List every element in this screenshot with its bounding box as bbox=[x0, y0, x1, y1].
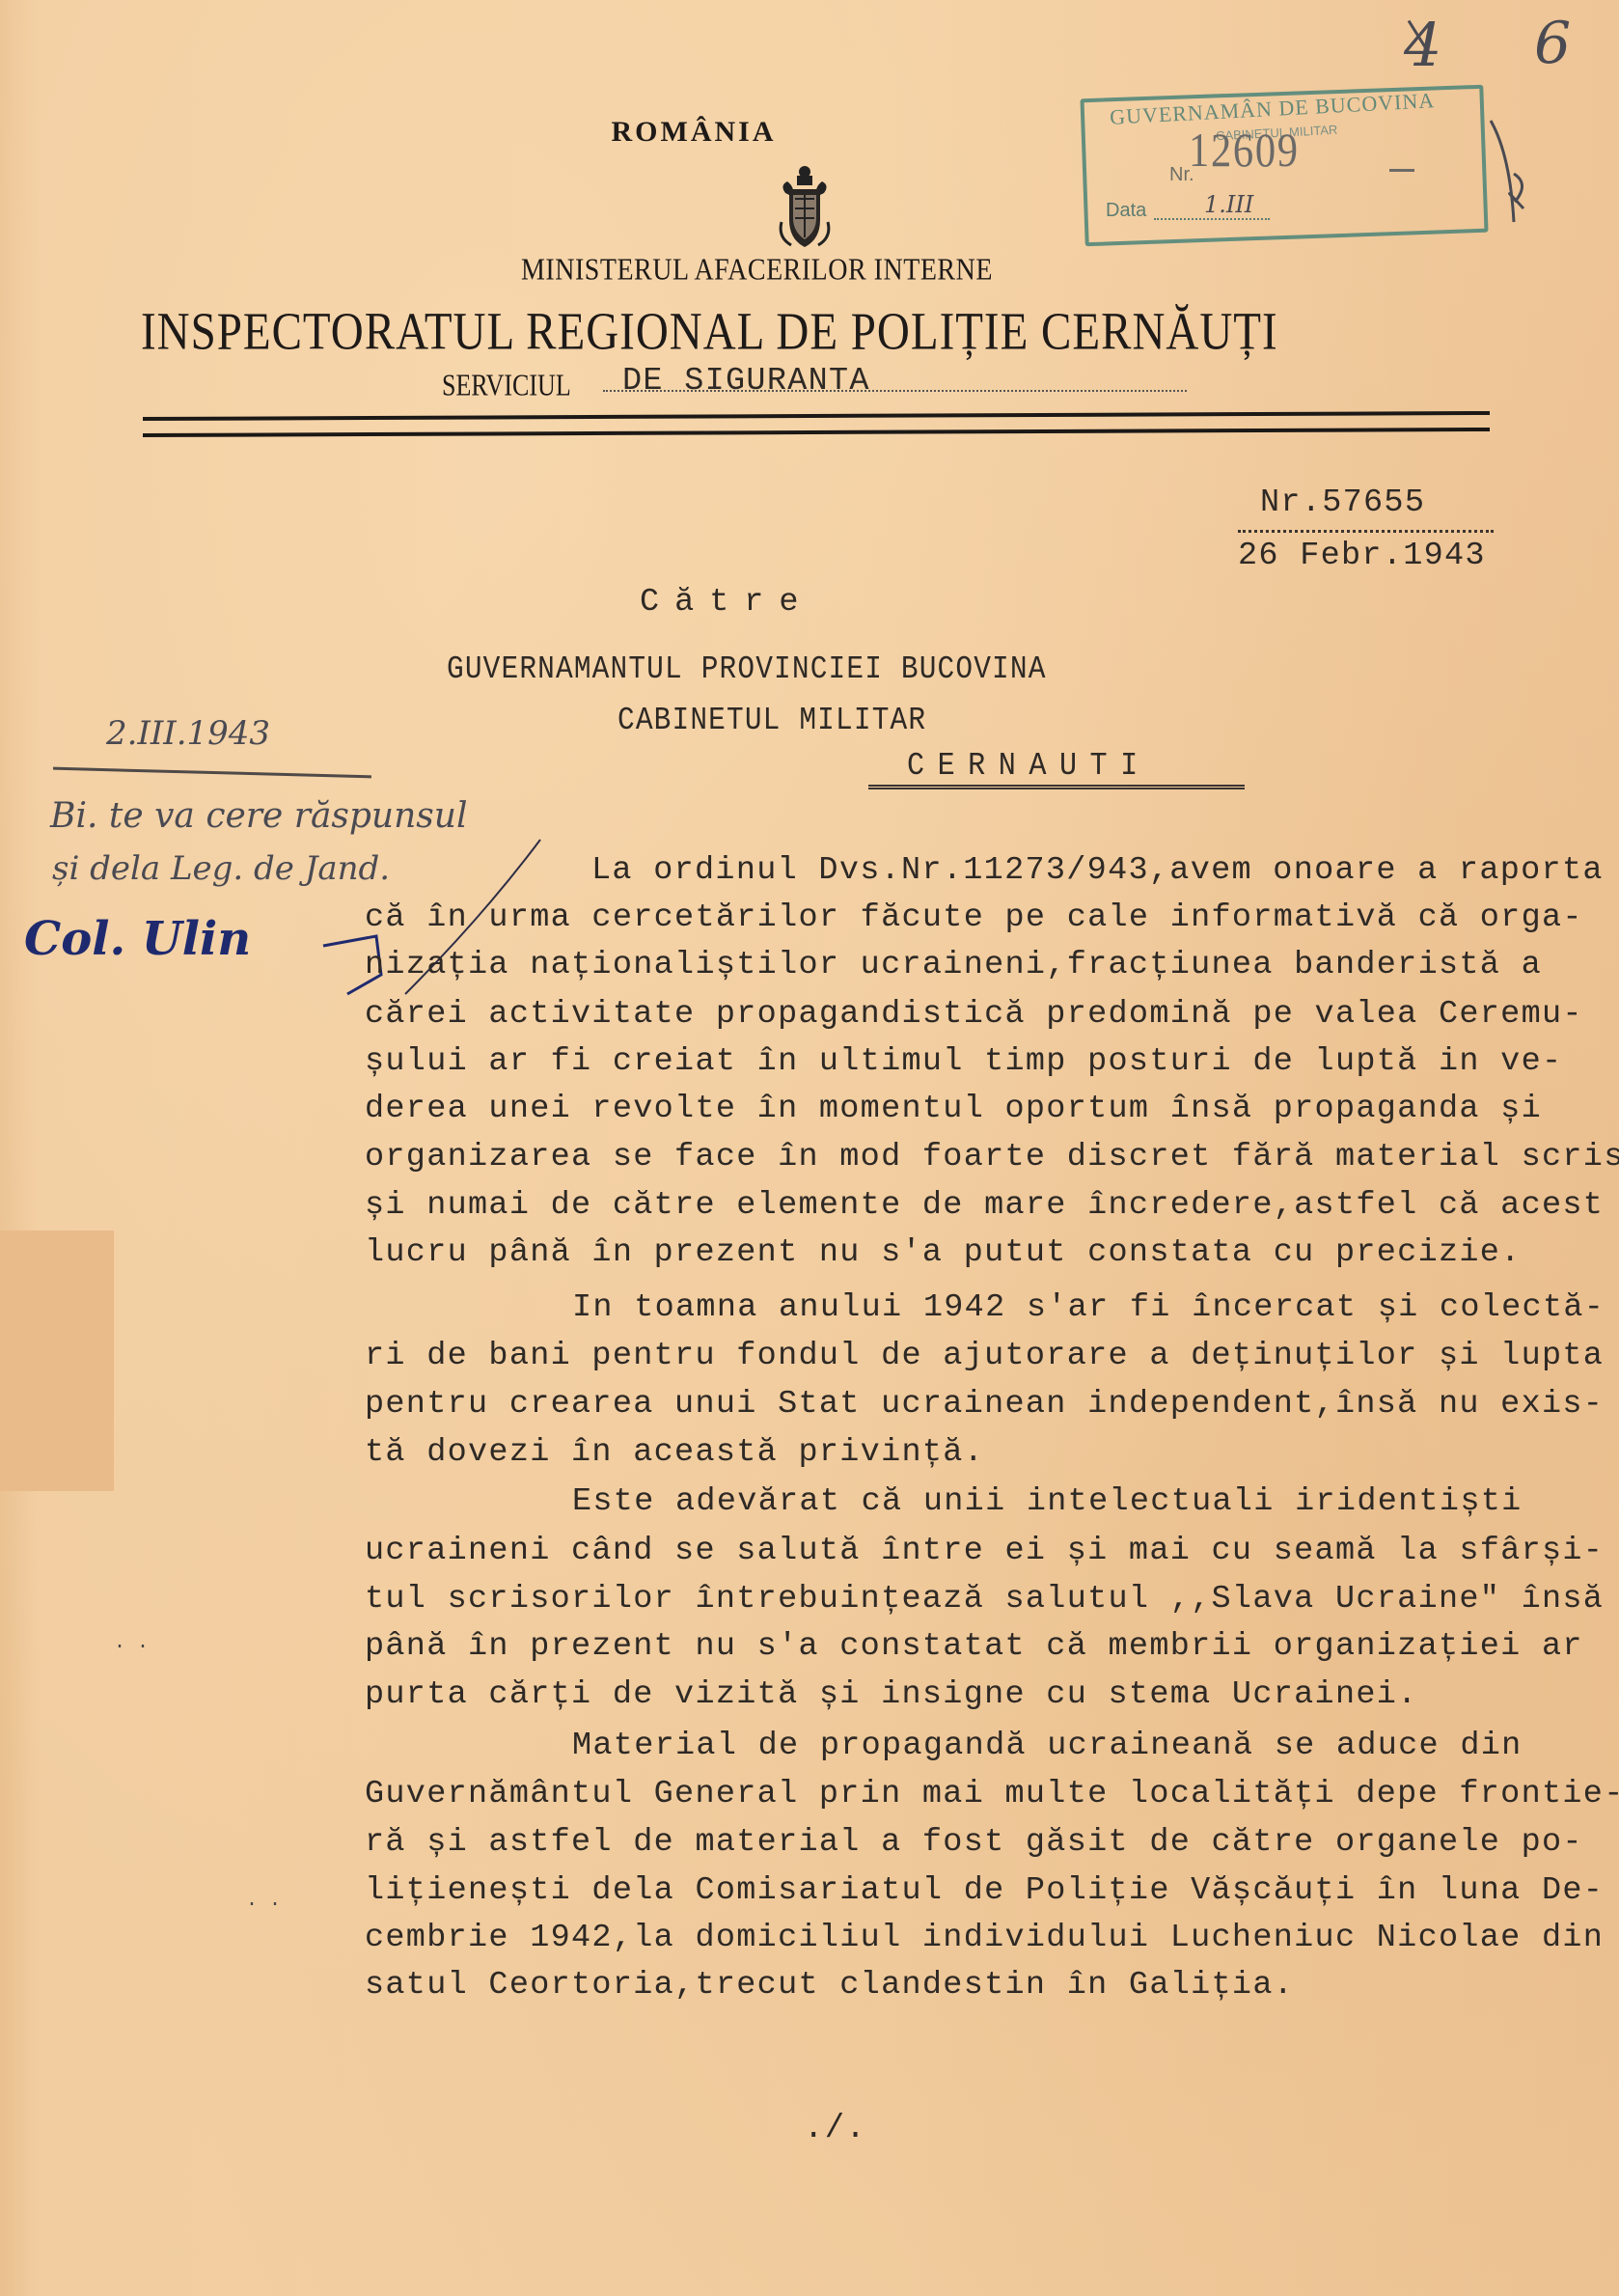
body-line: In toamna anului 1942 s'ar fi încercat ș… bbox=[572, 1289, 1605, 1326]
body-line: cărei activitate propagandistică predomi… bbox=[365, 996, 1583, 1033]
addressee-city: CERNAUTI bbox=[907, 748, 1151, 785]
body-line: cembrie 1942,la domiciliul individului L… bbox=[365, 1920, 1604, 1956]
addressee-line-2: CABINETUL MILITAR bbox=[617, 703, 926, 739]
page-continuation-mark: ./. bbox=[804, 2111, 866, 2147]
body-line: La ordinul Dvs.Nr.11273/943,avem onoare … bbox=[591, 852, 1604, 889]
romanian-royal-coat-of-arms-icon bbox=[776, 164, 834, 249]
body-line: și numai de către elemente de mare încre… bbox=[365, 1187, 1604, 1224]
body-line: tul scrisorilor întrebuințează salutul ,… bbox=[365, 1581, 1604, 1618]
reference-number: Nr.57655 bbox=[1260, 484, 1425, 521]
body-line: ucraineni când se salută între ei și mai… bbox=[365, 1533, 1604, 1569]
reference-date: 26 Febr.1943 bbox=[1238, 538, 1486, 574]
margin-note-date-line bbox=[53, 767, 371, 779]
addressee-line-1: GUVERNAMANTUL PROVINCIEI BUCOVINA bbox=[447, 651, 1047, 688]
redaction-patch bbox=[0, 1231, 114, 1491]
body-line: că în urma cercetărilor făcute pe cale i… bbox=[365, 899, 1583, 936]
letterhead-service-value: DE SIGURANTA bbox=[622, 363, 870, 400]
body-line: lițienești dela Comisariatul de Poliție … bbox=[365, 1872, 1604, 1909]
body-line: lucru până în prezent nu s'a putut const… bbox=[365, 1234, 1522, 1271]
reference-underline bbox=[1238, 530, 1494, 533]
body-line: derea unei revolte în momentul oportum î… bbox=[365, 1091, 1542, 1127]
margin-note-date: 2.III.1943 bbox=[106, 714, 270, 753]
letterhead-ministry: MINISTERUL AFACERILOR INTERNE bbox=[521, 253, 993, 289]
stamp-date-line bbox=[1154, 218, 1270, 220]
body-line: Material de propagandă ucraineană se adu… bbox=[572, 1728, 1523, 1764]
stamp-dash bbox=[1389, 169, 1414, 172]
ink-speck: · · bbox=[114, 1636, 149, 1658]
body-line: ri de bani pentru fondul de ajutorare a … bbox=[365, 1338, 1604, 1374]
body-line: până în prezent nu s'a constatat că memb… bbox=[365, 1628, 1583, 1665]
body-line: pentru crearea unui Stat ucrainean indep… bbox=[365, 1386, 1604, 1423]
letterhead-service-label: SERVICIUL bbox=[442, 369, 571, 403]
stamp-number: 12609 bbox=[1189, 122, 1300, 178]
stamp-date-label: Data bbox=[1106, 200, 1146, 222]
body-line: organizarea se face în mod foarte discre… bbox=[365, 1139, 1619, 1176]
margin-note-signature: Col. Ulin bbox=[24, 912, 251, 966]
body-line: Guvernământul General prin mai multe loc… bbox=[365, 1776, 1619, 1812]
body-line: Este adevărat că unii intelectuali iride… bbox=[572, 1483, 1523, 1520]
body-line: șului ar fi creiat în ultimul timp postu… bbox=[365, 1043, 1562, 1080]
body-line: tă dovezi în această privință. bbox=[365, 1434, 984, 1471]
body-line: nizația naționaliștilor ucraineni,fracți… bbox=[365, 947, 1542, 983]
body-line: ră și astfel de material a fost găsit de… bbox=[365, 1824, 1583, 1861]
letterhead-rule-bottom bbox=[143, 428, 1490, 437]
handwritten-mark-icon bbox=[1481, 116, 1539, 232]
body-line: purta cărți de vizită și insigne cu stem… bbox=[365, 1676, 1418, 1713]
stamp-date-value: 1.III bbox=[1204, 191, 1253, 218]
letterhead-rule-top bbox=[143, 411, 1490, 421]
body-line: satul Ceortoria,trecut clandestin în Gal… bbox=[365, 1967, 1294, 2004]
ink-speck: · · bbox=[246, 1894, 281, 1916]
addressee-city-underline bbox=[868, 785, 1245, 789]
addressee-salutation: Către bbox=[640, 584, 814, 621]
folio-number: 6 bbox=[1534, 10, 1571, 77]
letterhead-inspectorate: INSPECTORATUL REGIONAL DE POLIȚIE CERNĂU… bbox=[141, 301, 1278, 363]
